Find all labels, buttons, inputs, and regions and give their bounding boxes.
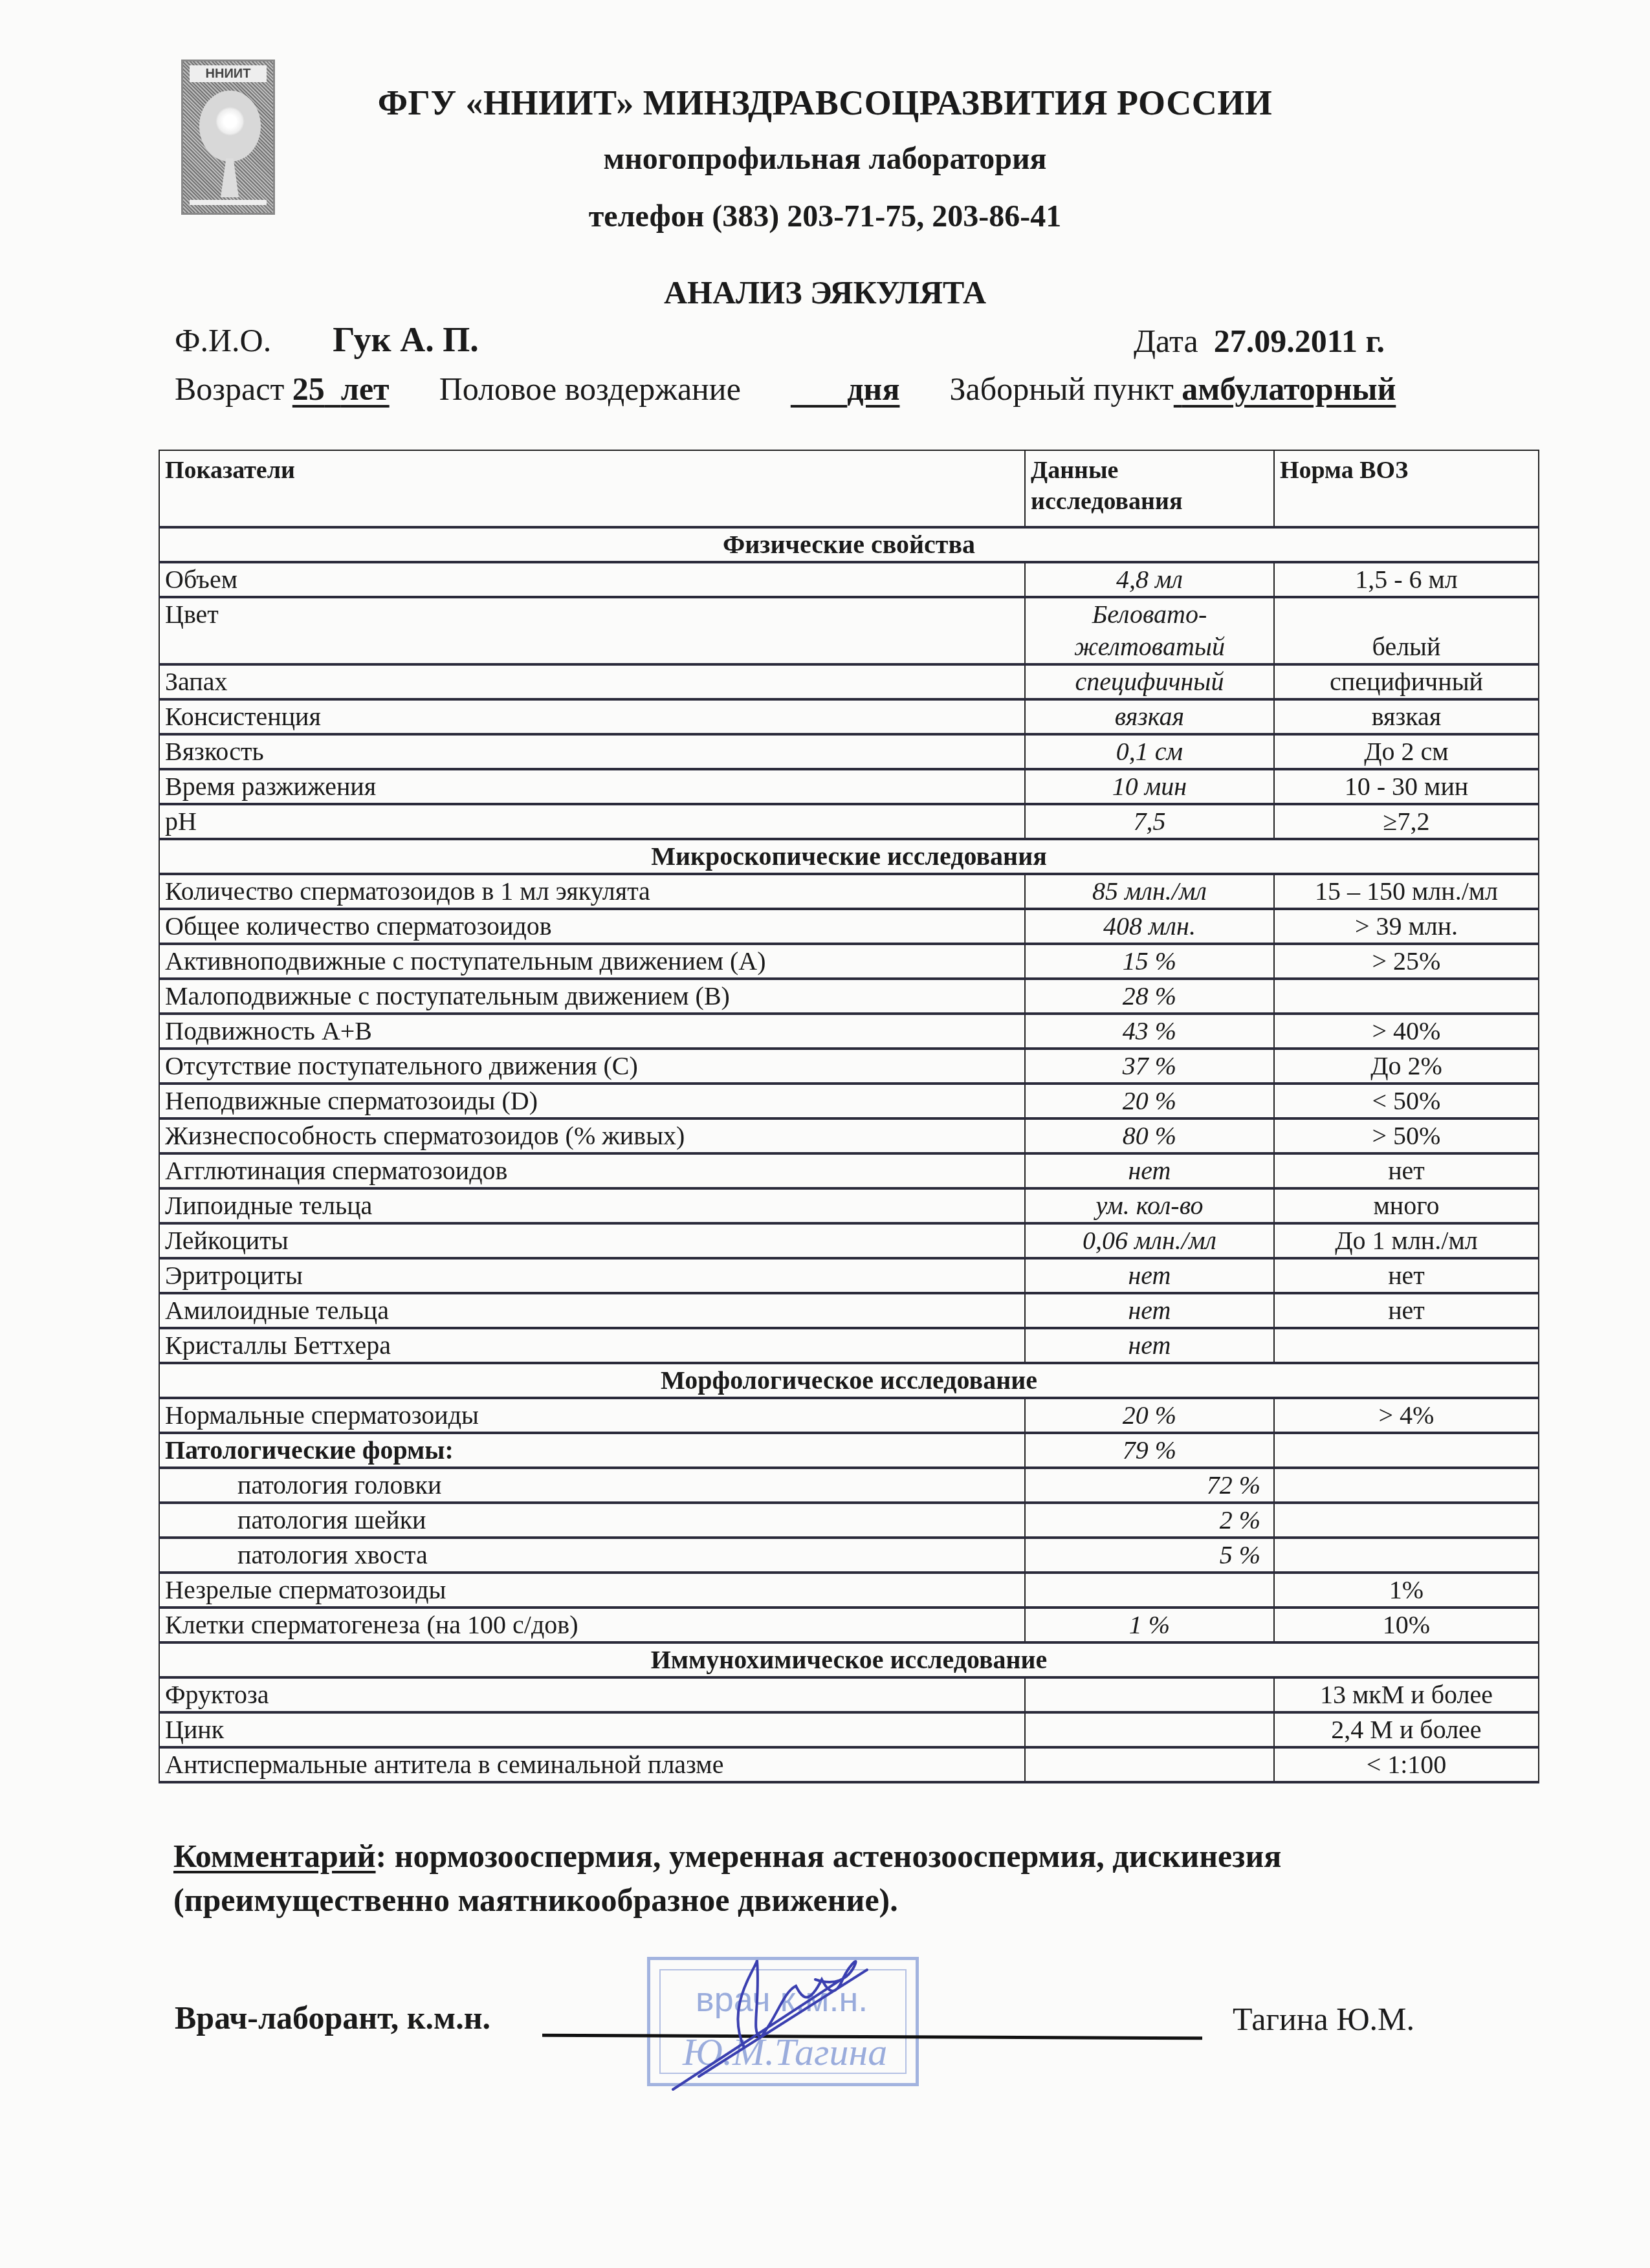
norm-value: 10% [1274,1608,1539,1642]
norm-value: нет [1274,1153,1539,1188]
indicator-name: Запах [159,664,1025,699]
indicator-name: Жизнеспособность сперматозоидов (% живых… [159,1118,1025,1153]
norm-value [1274,1328,1539,1363]
column-header-result: Данные исследования [1025,450,1274,527]
indicator-name: Время разжижения [159,769,1025,804]
lab-name: многопрофильная лаборатория [0,141,1650,177]
result-value [1025,1677,1274,1712]
abstinence-unit: дня [847,371,899,407]
column-header-indicator: Показатели [159,450,1025,527]
age-unit: лет [341,371,390,407]
norm-value: До 2 см [1274,734,1539,769]
results-table: Показатели Данные исследования Норма ВОЗ… [159,450,1539,1783]
indicator-name: Лейкоциты [159,1223,1025,1258]
section-header-row: Морфологическое исследование [159,1363,1539,1398]
indicator-name: Активноподвижные с поступательным движен… [159,944,1025,979]
norm-value: > 40% [1274,1014,1539,1049]
indicator-name: патология хвоста [159,1538,1025,1573]
indicator-name: Объем [159,562,1025,597]
norm-value: > 39 млн. [1274,909,1539,944]
section-title: Морфологическое исследование [159,1363,1539,1398]
result-value: Беловато-желтоватый [1025,597,1274,664]
organization-name: ФГУ «ННИИТ» МИНЗДРАВСОЦРАЗВИТИЯ РОССИИ [0,83,1650,123]
signature-label: Врач-лаборант, к.м.н. [175,1999,490,2036]
result-value: 1 % [1025,1608,1274,1642]
result-value: 7,5 [1025,804,1274,839]
fio-label: Ф.И.О. [175,322,271,358]
indicator-name: Подвижность А+В [159,1014,1025,1049]
indicator-name: pH [159,804,1025,839]
indicator-name: Малоподвижные с поступательным движением… [159,979,1025,1014]
indicator-name: Нормальные сперматозоиды [159,1398,1025,1433]
table-row: Общее количество сперматозоидов408 млн.>… [159,909,1539,944]
norm-value: специфичный [1274,664,1539,699]
indicator-name: Патологические формы: [159,1433,1025,1468]
norm-value: нет [1274,1258,1539,1293]
norm-value [1274,979,1539,1014]
indicator-name: Отсутствие поступательного движения (С) [159,1049,1025,1084]
section-header-row: Физические свойства [159,527,1539,562]
norm-value: 2,4 М и более [1274,1712,1539,1747]
result-value: ум. кол-во [1025,1188,1274,1223]
result-value: 10 мин [1025,769,1274,804]
table-row: Клетки сперматогенеза (на 100 с/дов)1 %1… [159,1608,1539,1642]
table-row: Вязкость0,1 смДо 2 см [159,734,1539,769]
result-value [1025,1747,1274,1782]
indicator-name: Эритроциты [159,1258,1025,1293]
result-value: 80 % [1025,1118,1274,1153]
table-row: патология шейки2 % [159,1503,1539,1538]
indicator-name: патология головки [159,1468,1025,1503]
indicator-name: Общее количество сперматозоидов [159,909,1025,944]
indicator-name: Незрелые сперматозоиды [159,1573,1025,1608]
norm-value: > 50% [1274,1118,1539,1153]
result-value: нет [1025,1293,1274,1328]
section-title: Иммунохимическое исследование [159,1642,1539,1677]
table-row: Агглютинация сперматозоидовнетнет [159,1153,1539,1188]
table-row: Консистенциявязкаявязкая [159,699,1539,734]
norm-value: > 4% [1274,1398,1539,1433]
indicator-name: Количество сперматозоидов в 1 мл эякулят… [159,874,1025,909]
comment-block: Комментарий: нормозооспермия, умеренная … [173,1834,1565,1922]
norm-value [1274,1538,1539,1573]
result-value: 2 % [1025,1503,1274,1538]
indicator-name: Цинк [159,1712,1025,1747]
patient-name-line: Ф.И.О.Гук А. П. [175,320,479,360]
indicator-name: Антиспермальные антитела в семинальной п… [159,1747,1025,1782]
indicator-name: Липоидные тельца [159,1188,1025,1223]
section-header-row: Микроскопические исследования [159,839,1539,874]
date-label: Дата [1134,323,1198,359]
norm-value: много [1274,1188,1539,1223]
table-row: патология хвоста5 % [159,1538,1539,1573]
result-value: 85 млн./мл [1025,874,1274,909]
result-value: 72 % [1025,1468,1274,1503]
indicator-name: Консистенция [159,699,1025,734]
table-row: Время разжижения10 мин10 - 30 мин [159,769,1539,804]
table-row: Фруктоза13 мкМ и более [159,1677,1539,1712]
result-value: 5 % [1025,1538,1274,1573]
indicator-name: Клетки сперматогенеза (на 100 с/дов) [159,1608,1025,1642]
result-value: 0,1 см [1025,734,1274,769]
result-value: 79 % [1025,1433,1274,1468]
result-value [1025,1712,1274,1747]
result-value: нет [1025,1328,1274,1363]
table-row: Амилоидные тельцанетнет [159,1293,1539,1328]
result-value [1025,1573,1274,1608]
norm-value: 10 - 30 мин [1274,769,1539,804]
result-value: нет [1025,1153,1274,1188]
table-row: Липоидные тельцаум. кол-вомного [159,1188,1539,1223]
indicator-name: патология шейки [159,1503,1025,1538]
result-value: 20 % [1025,1398,1274,1433]
table-row: Нормальные сперматозоиды20 %> 4% [159,1398,1539,1433]
norm-value: 1% [1274,1573,1539,1608]
result-value: 43 % [1025,1014,1274,1049]
norm-value: 13 мкМ и более [1274,1677,1539,1712]
result-value: 28 % [1025,979,1274,1014]
patient-name: Гук А. П. [333,320,478,359]
date-value: 27.09.2011 г. [1214,323,1385,359]
table-row: Отсутствие поступательного движения (С)3… [159,1049,1539,1084]
section-header-row: Иммунохимическое исследование [159,1642,1539,1677]
result-value: 0,06 млн./мл [1025,1223,1274,1258]
table-row: Незрелые сперматозоиды1% [159,1573,1539,1608]
result-value: 4,8 мл [1025,562,1274,597]
abstinence-value: дня [791,371,900,407]
doctor-name: Тагина Ю.М. [1233,2000,1414,2038]
norm-value: < 1:100 [1274,1747,1539,1782]
table-row: Подвижность А+В43 %> 40% [159,1014,1539,1049]
norm-value: нет [1274,1293,1539,1328]
lab-phone: телефон (383) 203-71-75, 203-86-41 [0,199,1650,234]
collection-point: амбулаторный [1182,371,1396,407]
section-title: Микроскопические исследования [159,839,1539,874]
age-number: 25 [292,371,325,407]
table-row: Активноподвижные с поступательным движен… [159,944,1539,979]
handwritten-signature-icon [647,1941,1048,2109]
result-value: 15 % [1025,944,1274,979]
table-row: Объем4,8 мл1,5 - 6 мл [159,562,1539,597]
result-value: 408 млн. [1025,909,1274,944]
result-value: нет [1025,1258,1274,1293]
table-row: Кристаллы Беттхеранет [159,1328,1539,1363]
norm-value: белый [1274,597,1539,664]
table-row: Антиспермальные антитела в семинальной п… [159,1747,1539,1782]
logo-text: ННИИТ [190,65,267,82]
age-label: Возраст [175,371,284,407]
document-title: АНАЛИЗ ЭЯКУЛЯТА [0,274,1650,311]
norm-value: 1,5 - 6 мл [1274,562,1539,597]
table-row: Жизнеспособность сперматозоидов (% живых… [159,1118,1539,1153]
patient-meta-line: Возраст 25 лет Половое воздержание дня З… [175,370,1396,408]
indicator-name: Кристаллы Беттхера [159,1328,1025,1363]
indicator-name: Неподвижные сперматозоиды (D) [159,1084,1025,1118]
result-value: 37 % [1025,1049,1274,1084]
norm-value [1274,1503,1539,1538]
table-row: Цинк2,4 М и более [159,1712,1539,1747]
table-row: pH7,5≥7,2 [159,804,1539,839]
result-value: вязкая [1025,699,1274,734]
collection-point-label: Заборный пункт [949,371,1173,407]
table-row: Патологические формы:79 % [159,1433,1539,1468]
section-title: Физические свойства [159,527,1539,562]
norm-value [1274,1468,1539,1503]
norm-value: < 50% [1274,1084,1539,1118]
table-header-row: Показатели Данные исследования Норма ВОЗ [159,450,1539,527]
table-row: Запахспецифичныйспецифичный [159,664,1539,699]
norm-value: 15 – 150 млн./мл [1274,874,1539,909]
norm-value: ≥7,2 [1274,804,1539,839]
norm-value: вязкая [1274,699,1539,734]
indicator-name: Фруктоза [159,1677,1025,1712]
table-row: Малоподвижные с поступательным движением… [159,979,1539,1014]
table-row: Количество сперматозоидов в 1 мл эякулят… [159,874,1539,909]
norm-value [1274,1433,1539,1468]
table-row: Лейкоциты0,06 млн./млДо 1 млн./мл [159,1223,1539,1258]
indicator-name: Амилоидные тельца [159,1293,1025,1328]
column-header-norm: Норма ВОЗ [1274,450,1539,527]
age-value: 25 лет [292,371,390,407]
table-row: ЦветБеловато-желтоватыйбелый [159,597,1539,664]
indicator-name: Агглютинация сперматозоидов [159,1153,1025,1188]
date-line: Дата27.09.2011 г. [1134,322,1385,360]
abstinence-label: Половое воздержание [439,371,741,407]
comment-label: Комментарий [173,1838,376,1874]
table-row: Эритроцитынетнет [159,1258,1539,1293]
indicator-name: Вязкость [159,734,1025,769]
result-value: 20 % [1025,1084,1274,1118]
collection-point-value: амбулаторный [1174,371,1396,407]
result-value: специфичный [1025,664,1274,699]
indicator-name: Цвет [159,597,1025,664]
norm-value: До 2% [1274,1049,1539,1084]
table-row: патология головки72 % [159,1468,1539,1503]
norm-value: > 25% [1274,944,1539,979]
norm-value: До 1 млн./мл [1274,1223,1539,1258]
table-row: Неподвижные сперматозоиды (D)20 %< 50% [159,1084,1539,1118]
